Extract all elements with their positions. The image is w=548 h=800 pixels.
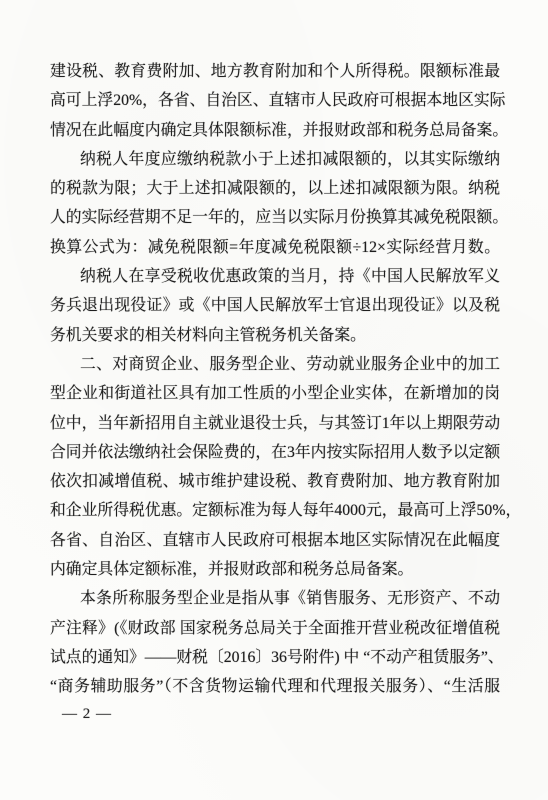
text-line: 人的实际经营期不足一年的，应当以实际月份换算其减免税限额。: [50, 203, 500, 232]
text-line: 合同并依法缴纳社会保险费的，在3年内按实际招用人数予以定额: [50, 438, 500, 467]
document-body: 建设税、教育费附加、地方教育附加和个人所得税。限额标准最高可上浮20%，各省、自…: [50, 57, 500, 702]
text-line: 和企业所得税优惠。定额标准为每人每年4000元，最高可上浮50%，: [50, 496, 500, 525]
text-line: 纳税人年度应缴纳税款小于上述扣减限额的，以其实际缴纳: [50, 145, 500, 174]
text-line: 型企业和街道社区具有加工性质的小型企业实体，在新增加的岗: [50, 379, 500, 408]
page-number: — 2 —: [62, 703, 112, 725]
text-line: 情况在此幅度内确定具体限额标准，并报财政部和税务总局备案。: [50, 116, 500, 145]
text-line: 二、对商贸企业、服务型企业、劳动就业服务企业中的加工: [50, 350, 500, 379]
text-line: 纳税人在享受税收优惠政策的当月，持《中国人民解放军义: [50, 262, 500, 291]
text-line: 产注释》(《财政部 国家税务总局关于全面推开营业税改征增值税: [50, 614, 500, 643]
text-line: 本条所称服务型企业是指从事《销售服务、无形资产、不动: [50, 584, 500, 613]
text-line: “商务辅助服务”（不含货物运输代理和代理报关服务）、“生活服: [50, 672, 500, 701]
text-line: 依次扣减增值税、城市维护建设税、教育费附加、地方教育附加: [50, 467, 500, 496]
text-line: 务机关要求的相关材料向主管税务机关备案。: [50, 321, 500, 350]
text-line: 务兵退出现役证》或《中国人民解放军士官退出现役证》以及税: [50, 291, 500, 320]
scanned-document-page: 建设税、教育费附加、地方教育附加和个人所得税。限额标准最高可上浮20%，各省、自…: [0, 0, 548, 800]
text-line: 的税款为限；大于上述扣减限额的，以上述扣减限额为限。纳税: [50, 174, 500, 203]
text-line: 建设税、教育费附加、地方教育附加和个人所得税。限额标准最: [50, 57, 500, 86]
text-line: 各省、自治区、直辖市人民政府可根据本地区实际情况在此幅度: [50, 526, 500, 555]
text-line: 位中，当年新招用自主就业退役士兵，与其签订1年以上期限劳动: [50, 409, 500, 438]
text-line: 换算公式为：减免税限额=年度减免税限额÷12×实际经营月数。: [50, 233, 500, 262]
text-line: 内确定具体定额标准，并报财政部和税务总局备案。: [50, 555, 500, 584]
text-line: 高可上浮20%，各省、自治区、直辖市人民政府可根据本地区实际: [50, 86, 500, 115]
text-line: 试点的通知》——财税〔2016〕36号附件) 中 “不动产租赁服务”、: [50, 643, 500, 672]
